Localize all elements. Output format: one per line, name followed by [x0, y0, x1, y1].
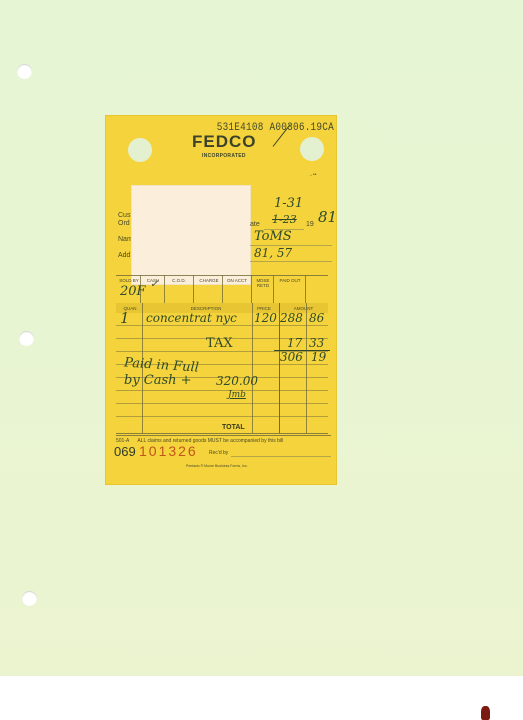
ruled-line — [116, 403, 328, 404]
col-mdse-retd: MDSE RETD — [254, 278, 272, 288]
cash-check-handwritten: ✓ — [150, 279, 158, 290]
brand-logo: FEDCO — [192, 132, 257, 152]
paid-note-initials: Jmb — [228, 390, 246, 400]
tiny-mark: →•• — [308, 172, 317, 178]
subtotal-cents: 19 — [311, 350, 326, 364]
total-label: TOTAL — [222, 424, 245, 431]
date-handwritten: 1-31 — [274, 196, 303, 211]
subtotal-dollars: 306 — [280, 350, 303, 364]
grid-divider — [305, 275, 306, 303]
col-cod: C.O.D. — [167, 278, 191, 283]
brand-subtitle: INCORPORATED — [202, 153, 246, 159]
ruled-line — [116, 416, 328, 417]
ruled-line — [116, 390, 328, 391]
punch-hole-middle — [19, 331, 34, 346]
tax-dollars: 17 — [287, 336, 302, 350]
name-handwritten: ToMS — [254, 229, 292, 244]
printer-credit: Pentaslo ® Moore Business Forms, Inc. — [186, 464, 248, 468]
receipt-hole-right — [300, 137, 324, 161]
grid-divider — [252, 303, 253, 433]
date-label: ate — [250, 221, 260, 228]
col-charge: CHARGE — [196, 278, 222, 283]
col-on-acct: ON ACCT — [224, 278, 250, 283]
item-amount-dollars: 288 — [280, 311, 303, 325]
green-backing-page: 531E4108 A00306.19CA FEDCO INCORPORATED … — [0, 0, 523, 676]
grid-divider — [164, 275, 165, 303]
item-quan: 1 — [120, 309, 130, 327]
tax-label: TAX — [206, 336, 233, 351]
paid-note-amount: 320.00 — [216, 374, 258, 388]
punch-hole-top — [17, 64, 32, 79]
received-by-label: Rec'd by — [209, 450, 228, 456]
fedco-receipt: 531E4108 A00306.19CA FEDCO INCORPORATED … — [106, 116, 336, 484]
grid-divider — [306, 303, 307, 433]
date-struck-handwritten: 1-23 — [272, 213, 297, 226]
receipt-hole-left — [128, 138, 152, 162]
ruled-line — [116, 433, 328, 434]
grid-divider — [222, 275, 223, 303]
year-handwritten: 81 — [318, 208, 337, 226]
grid-divider — [273, 275, 274, 303]
tax-cents: 33 — [309, 336, 324, 350]
address-handwritten: 81, 57 — [254, 246, 292, 260]
col-sold-by: SOLD BY — [118, 278, 140, 283]
serial-number: 101326 — [139, 443, 198, 459]
grid-divider — [193, 275, 194, 303]
customer-label: Cust — [118, 212, 132, 219]
address-label: Add — [118, 252, 130, 259]
item-price: 120 — [254, 311, 277, 325]
punch-hole-bottom — [22, 591, 37, 606]
serial-prefix: 069 — [114, 444, 136, 459]
paid-note-line2: by Cash + — [124, 373, 192, 388]
ruled-line — [116, 325, 328, 326]
item-description: concentrat nyc — [146, 311, 237, 325]
received-by-rule — [231, 456, 331, 457]
ruled-line — [116, 435, 331, 436]
address-rule — [250, 261, 332, 262]
order-label: Ord — [118, 220, 130, 227]
year-prefix: 19 — [306, 221, 314, 228]
ink-mark — [481, 706, 490, 720]
sold-by-handwritten: 20F — [120, 284, 146, 299]
item-amount-cents: 86 — [309, 311, 324, 325]
name-label: Nam — [118, 236, 133, 243]
sticky-note-cover — [132, 186, 250, 284]
grid-divider — [251, 275, 252, 303]
col-paid-out: PAID OUT — [276, 278, 304, 283]
